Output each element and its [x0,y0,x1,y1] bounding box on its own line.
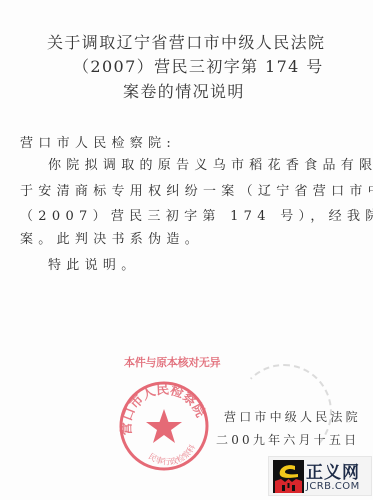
brand-name-en: JCRB.COM [306,481,360,492]
body-line-4: 案。此判决书系伪造。 [20,232,203,247]
jcrb-logo-icon [273,460,304,493]
signature-date: 二00九年六月十五日 [216,433,359,447]
signature-issuer: 营口市中级人民法院 [224,410,361,424]
brand-name-cn: 正义网 [306,458,360,483]
body-line-2: 于安清商标专用权纠纷一案（辽宁省营口市中级人民法院 [20,184,373,199]
jcrb-watermark: 正义网 JCRB.COM [268,456,372,496]
document-title-line-2: （2007）营民三初字第 174 号 [73,58,324,76]
scanned-document: 关于调取辽宁省营口市中级人民法院 （2007）营民三初字第 174 号 案卷的情… [0,0,373,500]
closing-line: 特此说明。 [48,258,140,273]
addressee: 营口市人民检察院: [20,136,176,151]
document-title-line-3: 案卷的情况说明 [123,83,245,101]
certification-stamp-text: 本件与原本核对无异 [124,354,220,370]
red-seal-stamp: 营口市人民检察院 民事行政检察科 [118,379,210,473]
body-line-3: （2007）营民三初字第 174 号），经我院核实，未审理过此 [20,209,373,224]
seal-bottom-text: 民事行政检察科 [147,442,197,466]
document-title-line-1: 关于调取辽宁省营口市中级人民法院 [47,34,325,52]
star-icon [146,409,182,443]
body-line-1: 你院拟调取的原告义乌市稻花香食品有限公司诉被告 [48,158,373,173]
